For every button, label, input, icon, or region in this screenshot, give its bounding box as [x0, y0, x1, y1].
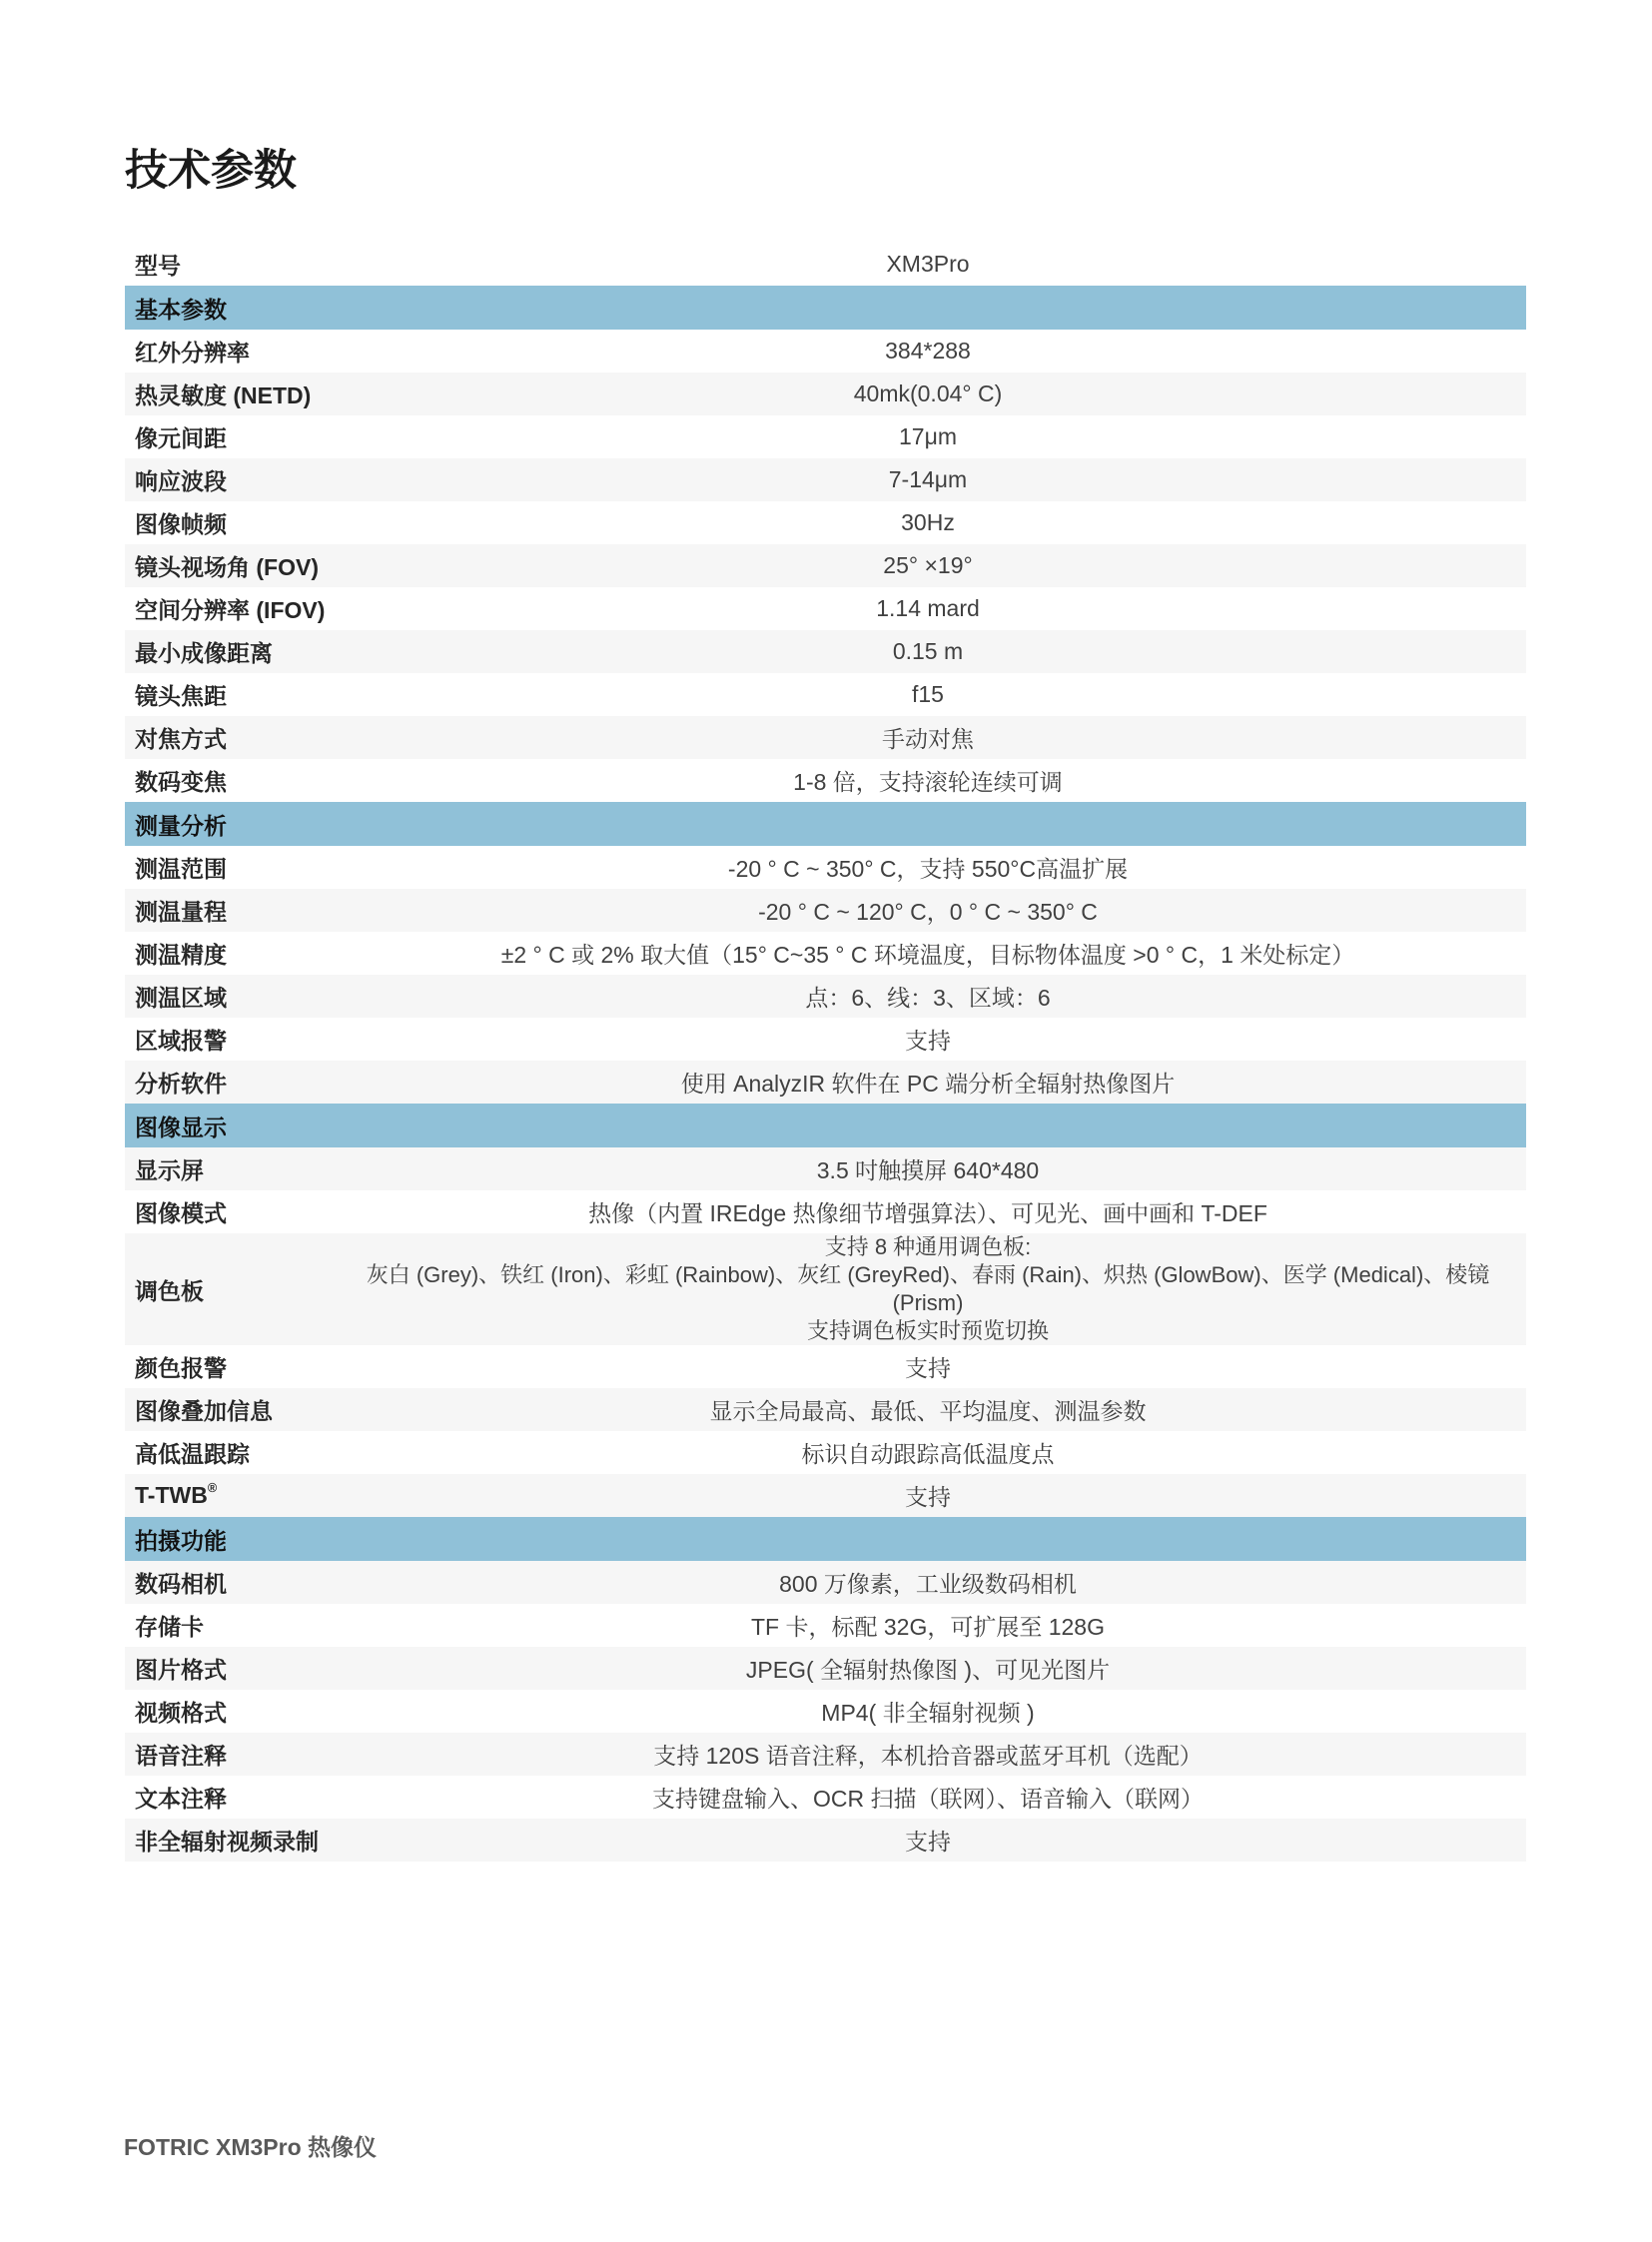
spec-label: 热灵敏度 (NETD) — [125, 373, 330, 415]
spec-value-text: 灰白 (Grey)、铁红 (Iron)、彩虹 (Rainbow)、灰红 (Gre… — [367, 1261, 1490, 1289]
spec-label: T-TWB® — [125, 1474, 330, 1517]
spec-value: 7-14μm — [330, 458, 1526, 501]
spec-value-text: 支持 — [905, 1824, 951, 1857]
table-row: 区域报警支持 — [125, 1018, 1526, 1061]
spec-value-text: 热像（内置 IREdge 热像细节增强算法）、可见光、画中画和 T-DEF — [588, 1195, 1267, 1228]
spec-value: 支持 — [330, 1819, 1526, 1862]
spec-value-lines: 支持键盘输入、OCR 扫描（联网）、语音输入（联网） — [330, 1781, 1526, 1814]
table-row: 红外分辨率384*288 — [125, 330, 1526, 373]
table-row: 测温区域点：6、线：3、区域：6 — [125, 975, 1526, 1018]
spec-label-text: 颜色报警 — [135, 1355, 227, 1381]
spec-label: 测温量程 — [125, 889, 330, 932]
spec-value-text: 支持调色板实时预览切换 — [807, 1317, 1049, 1345]
spec-value-text: 40mk(0.04° C) — [854, 380, 1003, 407]
spec-label: 测温区域 — [125, 975, 330, 1018]
spec-value-text: (Prism) — [893, 1289, 964, 1317]
spec-label-text: 测温量程 — [135, 899, 227, 925]
spec-value: TF 卡，标配 32G，可扩展至 128G — [330, 1604, 1526, 1647]
section-header-row: 图像显示 — [125, 1104, 1526, 1147]
table-row: 热灵敏度 (NETD)40mk(0.04° C) — [125, 373, 1526, 415]
spec-label-text: 文本注释 — [135, 1786, 227, 1812]
spec-value: 384*288 — [330, 330, 1526, 373]
spec-label: 对焦方式 — [125, 716, 330, 759]
spec-value: f15 — [330, 673, 1526, 716]
table-row: 数码变焦1-8 倍，支持滚轮连续可调 — [125, 759, 1526, 802]
spec-label: 空间分辨率 (IFOV) — [125, 587, 330, 630]
spec-value-text: 3.5 吋触摸屏 640*480 — [817, 1152, 1039, 1185]
spec-value: 标识自动跟踪高低温度点 — [330, 1431, 1526, 1474]
table-row: 镜头焦距f15 — [125, 673, 1526, 716]
spec-label-text: 像元间距 — [135, 425, 227, 451]
spec-value: 使用 AnalyzIR 软件在 PC 端分析全辐射热像图片 — [330, 1061, 1526, 1104]
spec-value-lines: 1-8 倍，支持滚轮连续可调 — [330, 764, 1526, 797]
spec-label: 测温精度 — [125, 932, 330, 975]
table-row: 高低温跟踪标识自动跟踪高低温度点 — [125, 1431, 1526, 1474]
spec-label: 区域报警 — [125, 1018, 330, 1061]
spec-value: -20 ° C ~ 350° C，支持 550°C高温扩展 — [330, 846, 1526, 889]
spec-value: 支持 — [330, 1474, 1526, 1517]
spec-label-text: 热灵敏度 (NETD) — [135, 382, 311, 408]
section-header-row: 测量分析 — [125, 802, 1526, 846]
spec-value-lines: 1.14 mard — [330, 595, 1526, 622]
spec-value: 点：6、线：3、区域：6 — [330, 975, 1526, 1018]
spec-value-lines: 支持 — [330, 1479, 1526, 1512]
spec-label: 最小成像距离 — [125, 630, 330, 673]
spec-label: 镜头视场角 (FOV) — [125, 544, 330, 587]
spec-value-lines: 17μm — [330, 423, 1526, 450]
spec-value-text: 1.14 mard — [876, 595, 980, 622]
spec-value-text: 支持 — [905, 1479, 951, 1512]
spec-value: 30Hz — [330, 501, 1526, 544]
spec-value-text: 384*288 — [885, 338, 971, 365]
table-row: 型号XM3Pro — [125, 243, 1526, 286]
registered-trademark-symbol: ® — [208, 1481, 217, 1495]
spec-value: 支持 120S 语音注释，本机拾音器或蓝牙耳机（选配） — [330, 1733, 1526, 1776]
spec-label-text: 图像帧频 — [135, 511, 227, 537]
spec-value-text: 手动对焦 — [882, 721, 974, 754]
spec-value-lines: 800 万像素，工业级数码相机 — [330, 1566, 1526, 1599]
spec-label: 文本注释 — [125, 1776, 330, 1819]
spec-value-text: 1-8 倍，支持滚轮连续可调 — [793, 764, 1063, 797]
table-row: 非全辐射视频录制支持 — [125, 1819, 1526, 1862]
spec-label-text: 非全辐射视频录制 — [135, 1829, 319, 1855]
spec-value-lines: 标识自动跟踪高低温度点 — [330, 1436, 1526, 1469]
table-row: 颜色报警支持 — [125, 1345, 1526, 1388]
spec-value-lines: 3.5 吋触摸屏 640*480 — [330, 1152, 1526, 1185]
spec-label-text: 对焦方式 — [135, 726, 227, 752]
spec-value: -20 ° C ~ 120° C，0 ° C ~ 350° C — [330, 889, 1526, 932]
spec-value-text: 17μm — [899, 423, 957, 450]
spec-value-text: 支持 — [905, 1023, 951, 1056]
spec-label-text: 红外分辨率 — [135, 340, 250, 366]
spec-label: 颜色报警 — [125, 1345, 330, 1388]
spec-value: ±2 ° C 或 2% 取大值（15° C~35 ° C 环境温度，目标物体温度… — [330, 932, 1526, 975]
spec-label: 数码相机 — [125, 1561, 330, 1604]
spec-label: 型号 — [125, 243, 330, 286]
table-row: 存储卡TF 卡，标配 32G，可扩展至 128G — [125, 1604, 1526, 1647]
spec-value: 支持键盘输入、OCR 扫描（联网）、语音输入（联网） — [330, 1776, 1526, 1819]
spec-value-lines: -20 ° C ~ 120° C，0 ° C ~ 350° C — [330, 894, 1526, 927]
spec-label: 数码变焦 — [125, 759, 330, 802]
section-title: 基本参数 — [125, 286, 1526, 330]
table-row: 语音注释支持 120S 语音注释，本机拾音器或蓝牙耳机（选配） — [125, 1733, 1526, 1776]
spec-value-text: -20 ° C ~ 120° C，0 ° C ~ 350° C — [758, 894, 1098, 927]
spec-label: 调色板 — [125, 1233, 330, 1345]
table-row: 对焦方式手动对焦 — [125, 716, 1526, 759]
spec-value-lines: f15 — [330, 681, 1526, 708]
spec-value-lines: 支持 — [330, 1023, 1526, 1056]
spec-table: 型号XM3Pro基本参数红外分辨率384*288热灵敏度 (NETD)40mk(… — [125, 243, 1526, 1862]
table-row: 响应波段7-14μm — [125, 458, 1526, 501]
spec-value: 25° ×19° — [330, 544, 1526, 587]
spec-value-lines: 支持 8 种通用调色板:灰白 (Grey)、铁红 (Iron)、彩虹 (Rain… — [330, 1233, 1526, 1345]
spec-value-text: JPEG( 全辐射热像图 )、可见光图片 — [746, 1652, 1110, 1685]
table-row: T-TWB®支持 — [125, 1474, 1526, 1517]
table-row: 镜头视场角 (FOV)25° ×19° — [125, 544, 1526, 587]
section-title: 图像显示 — [125, 1104, 1526, 1147]
spec-value-lines: 0.15 m — [330, 638, 1526, 665]
table-row: 空间分辨率 (IFOV)1.14 mard — [125, 587, 1526, 630]
spec-value: MP4( 非全辐射视频 ) — [330, 1690, 1526, 1733]
spec-value: XM3Pro — [330, 243, 1526, 286]
spec-label-text: T-TWB — [135, 1482, 208, 1508]
spec-value: 1.14 mard — [330, 587, 1526, 630]
table-row: 显示屏3.5 吋触摸屏 640*480 — [125, 1147, 1526, 1190]
spec-label-text: 数码相机 — [135, 1571, 227, 1597]
spec-value-text: 使用 AnalyzIR 软件在 PC 端分析全辐射热像图片 — [681, 1066, 1176, 1099]
spec-table-body: 型号XM3Pro基本参数红外分辨率384*288热灵敏度 (NETD)40mk(… — [125, 243, 1526, 1862]
spec-label-text: 图片格式 — [135, 1657, 227, 1683]
spec-value-text: 0.15 m — [893, 638, 963, 665]
spec-value-lines: 手动对焦 — [330, 721, 1526, 754]
spec-value: 手动对焦 — [330, 716, 1526, 759]
spec-value-text: 支持 — [905, 1350, 951, 1383]
spec-value: 3.5 吋触摸屏 640*480 — [330, 1147, 1526, 1190]
spec-label-text: 测温范围 — [135, 856, 227, 882]
spec-value-lines: 25° ×19° — [330, 552, 1526, 579]
spec-value-lines: -20 ° C ~ 350° C，支持 550°C高温扩展 — [330, 851, 1526, 884]
spec-label: 像元间距 — [125, 415, 330, 458]
spec-value-lines: 7-14μm — [330, 466, 1526, 493]
table-row: 图像模式热像（内置 IREdge 热像细节增强算法）、可见光、画中画和 T-DE… — [125, 1190, 1526, 1233]
spec-value-lines: MP4( 非全辐射视频 ) — [330, 1695, 1526, 1728]
spec-value: 17μm — [330, 415, 1526, 458]
table-row: 最小成像距离0.15 m — [125, 630, 1526, 673]
table-row: 测温量程-20 ° C ~ 120° C，0 ° C ~ 350° C — [125, 889, 1526, 932]
spec-label-text: 响应波段 — [135, 468, 227, 494]
spec-label-text: 图像叠加信息 — [135, 1398, 273, 1424]
spec-value-lines: 支持 — [330, 1824, 1526, 1857]
table-row: 图像叠加信息显示全局最高、最低、平均温度、测温参数 — [125, 1388, 1526, 1431]
spec-value-text: TF 卡，标配 32G，可扩展至 128G — [751, 1609, 1105, 1642]
spec-value: 支持 — [330, 1018, 1526, 1061]
spec-label-text: 测温区域 — [135, 985, 227, 1011]
spec-value-text: 支持 8 种通用调色板: — [825, 1233, 1032, 1261]
spec-value-text: 30Hz — [901, 509, 955, 536]
spec-value-lines: JPEG( 全辐射热像图 )、可见光图片 — [330, 1652, 1526, 1685]
spec-value-lines: 点：6、线：3、区域：6 — [330, 980, 1526, 1013]
spec-value: 40mk(0.04° C) — [330, 373, 1526, 415]
spec-value-text: XM3Pro — [886, 251, 969, 278]
spec-value-text: 7-14μm — [889, 466, 967, 493]
spec-label-text: 镜头视场角 (FOV) — [135, 554, 319, 580]
section-header-row: 基本参数 — [125, 286, 1526, 330]
spec-label-text: 分析软件 — [135, 1071, 227, 1097]
footer-text: FOTRIC XM3Pro 热像仪 — [124, 2129, 377, 2162]
spec-label: 图像模式 — [125, 1190, 330, 1233]
spec-label-text: 图像模式 — [135, 1200, 227, 1226]
spec-label-text: 数码变焦 — [135, 769, 227, 795]
spec-value-lines: 支持 — [330, 1350, 1526, 1383]
spec-label-text: 测温精度 — [135, 942, 227, 968]
spec-value-lines: 384*288 — [330, 338, 1526, 365]
table-row: 分析软件使用 AnalyzIR 软件在 PC 端分析全辐射热像图片 — [125, 1061, 1526, 1104]
spec-label-text: 视频格式 — [135, 1700, 227, 1726]
spec-label-text: 空间分辨率 (IFOV) — [135, 597, 325, 623]
spec-value: JPEG( 全辐射热像图 )、可见光图片 — [330, 1647, 1526, 1690]
spec-value-lines: ±2 ° C 或 2% 取大值（15° C~35 ° C 环境温度，目标物体温度… — [330, 937, 1526, 970]
section-title: 测量分析 — [125, 802, 1526, 846]
spec-value-lines: 40mk(0.04° C) — [330, 380, 1526, 407]
spec-label: 高低温跟踪 — [125, 1431, 330, 1474]
spec-value-text: 支持 120S 语音注释，本机拾音器或蓝牙耳机（选配） — [653, 1738, 1203, 1771]
spec-value-lines: 支持 120S 语音注释，本机拾音器或蓝牙耳机（选配） — [330, 1738, 1526, 1771]
spec-label: 显示屏 — [125, 1147, 330, 1190]
spec-value-lines: 显示全局最高、最低、平均温度、测温参数 — [330, 1393, 1526, 1426]
table-row: 测温精度±2 ° C 或 2% 取大值（15° C~35 ° C 环境温度，目标… — [125, 932, 1526, 975]
table-row: 图像帧频30Hz — [125, 501, 1526, 544]
spec-value-lines: 使用 AnalyzIR 软件在 PC 端分析全辐射热像图片 — [330, 1066, 1526, 1099]
table-row: 视频格式MP4( 非全辐射视频 ) — [125, 1690, 1526, 1733]
section-header-row: 拍摄功能 — [125, 1517, 1526, 1561]
spec-value-lines: 热像（内置 IREdge 热像细节增强算法）、可见光、画中画和 T-DEF — [330, 1195, 1526, 1228]
page-title: 技术参数 — [125, 150, 297, 193]
spec-value: 800 万像素，工业级数码相机 — [330, 1561, 1526, 1604]
spec-value: 1-8 倍，支持滚轮连续可调 — [330, 759, 1526, 802]
spec-value-text: 标识自动跟踪高低温度点 — [802, 1436, 1055, 1469]
spec-label: 图像叠加信息 — [125, 1388, 330, 1431]
spec-value: 0.15 m — [330, 630, 1526, 673]
spec-value: 显示全局最高、最低、平均温度、测温参数 — [330, 1388, 1526, 1431]
table-row: 像元间距17μm — [125, 415, 1526, 458]
spec-value-text: 25° ×19° — [883, 552, 972, 579]
spec-label-text: 最小成像距离 — [135, 640, 273, 666]
table-row: 数码相机800 万像素，工业级数码相机 — [125, 1561, 1526, 1604]
spec-value: 热像（内置 IREdge 热像细节增强算法）、可见光、画中画和 T-DEF — [330, 1190, 1526, 1233]
spec-value-lines: XM3Pro — [330, 251, 1526, 278]
table-row: 文本注释支持键盘输入、OCR 扫描（联网）、语音输入（联网） — [125, 1776, 1526, 1819]
spec-label: 图片格式 — [125, 1647, 330, 1690]
spec-label: 分析软件 — [125, 1061, 330, 1104]
spec-value: 支持 — [330, 1345, 1526, 1388]
spec-label: 非全辐射视频录制 — [125, 1819, 330, 1862]
spec-value: 支持 8 种通用调色板:灰白 (Grey)、铁红 (Iron)、彩虹 (Rain… — [330, 1233, 1526, 1345]
spec-label-text: 区域报警 — [135, 1028, 227, 1054]
spec-value-text: ±2 ° C 或 2% 取大值（15° C~35 ° C 环境温度，目标物体温度… — [501, 937, 1355, 970]
spec-label-text: 型号 — [135, 253, 181, 279]
section-title: 拍摄功能 — [125, 1517, 1526, 1561]
spec-value-text: 点：6、线：3、区域：6 — [805, 980, 1050, 1013]
spec-value-text: f15 — [912, 681, 944, 708]
spec-label: 语音注释 — [125, 1733, 330, 1776]
spec-value-lines: TF 卡，标配 32G，可扩展至 128G — [330, 1609, 1526, 1642]
spec-value-text: -20 ° C ~ 350° C，支持 550°C高温扩展 — [728, 851, 1128, 884]
spec-value-text: 支持键盘输入、OCR 扫描（联网）、语音输入（联网） — [652, 1781, 1204, 1814]
spec-label: 视频格式 — [125, 1690, 330, 1733]
spec-label-text: 显示屏 — [135, 1157, 204, 1183]
table-row: 测温范围-20 ° C ~ 350° C，支持 550°C高温扩展 — [125, 846, 1526, 889]
spec-label-text: 调色板 — [135, 1278, 204, 1304]
spec-label: 红外分辨率 — [125, 330, 330, 373]
spec-label: 图像帧频 — [125, 501, 330, 544]
spec-label-text: 镜头焦距 — [135, 683, 227, 709]
spec-label: 镜头焦距 — [125, 673, 330, 716]
table-row: 调色板支持 8 种通用调色板:灰白 (Grey)、铁红 (Iron)、彩虹 (R… — [125, 1233, 1526, 1345]
table-row: 图片格式JPEG( 全辐射热像图 )、可见光图片 — [125, 1647, 1526, 1690]
spec-value-text: MP4( 非全辐射视频 ) — [821, 1695, 1034, 1728]
spec-label-text: 语音注释 — [135, 1743, 227, 1769]
spec-value-text: 显示全局最高、最低、平均温度、测温参数 — [710, 1393, 1147, 1426]
spec-value-text: 800 万像素，工业级数码相机 — [779, 1566, 1077, 1599]
spec-label: 存储卡 — [125, 1604, 330, 1647]
spec-label: 测温范围 — [125, 846, 330, 889]
spec-value-lines: 30Hz — [330, 509, 1526, 536]
spec-label: 响应波段 — [125, 458, 330, 501]
spec-label-text: 高低温跟踪 — [135, 1441, 250, 1467]
spec-label-text: 存储卡 — [135, 1614, 204, 1640]
